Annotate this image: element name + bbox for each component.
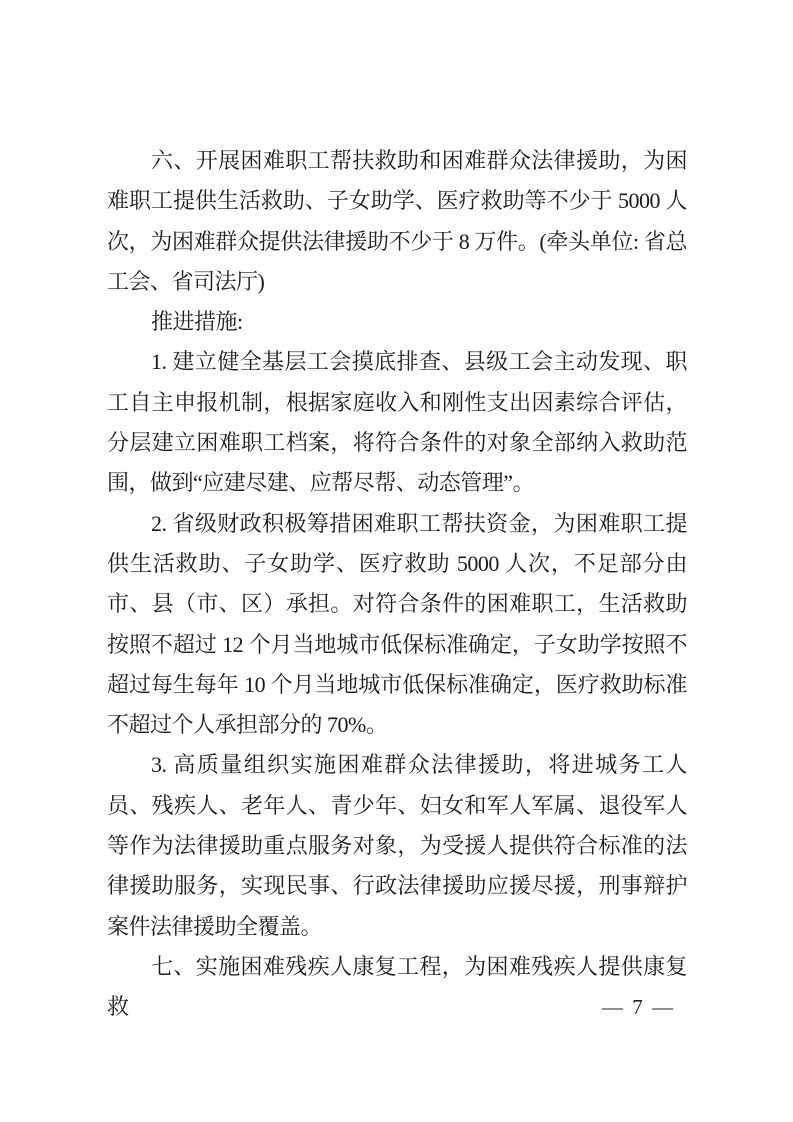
paragraph-item-six-heading: 六、开展困难职工帮扶救助和困难群众法律援助，为困难职工提供生活救助、子女助学、医…: [107, 141, 687, 302]
paragraph-measure-2: 2. 省级财政积极筹措困难职工帮扶资金，为困难职工提供生活救助、子女助学、医疗救…: [107, 504, 687, 746]
paragraph-measure-3: 3. 高质量组织实施困难群众法律援助，将进城务工人员、残疾人、老年人、青少年、妇…: [107, 745, 687, 946]
document-page: 六、开展困难职工帮扶救助和困难群众法律援助，为困难职工提供生活救助、子女助学、医…: [0, 0, 793, 1122]
document-body: 六、开展困难职工帮扶救助和困难群众法律援助，为困难职工提供生活救助、子女助学、医…: [107, 141, 687, 1028]
paragraph-measure-1: 1. 建立健全基层工会摸底排查、县级工会主动发现、职工自主申报机制，根据家庭收入…: [107, 342, 687, 503]
paragraph-measures-subheading: 推进措施:: [107, 302, 687, 342]
page-number: — 7 —: [602, 995, 675, 1020]
paragraph-item-seven-heading: 七、实施困难残疾人康复工程，为困难残疾人提供康复救: [107, 947, 687, 1028]
